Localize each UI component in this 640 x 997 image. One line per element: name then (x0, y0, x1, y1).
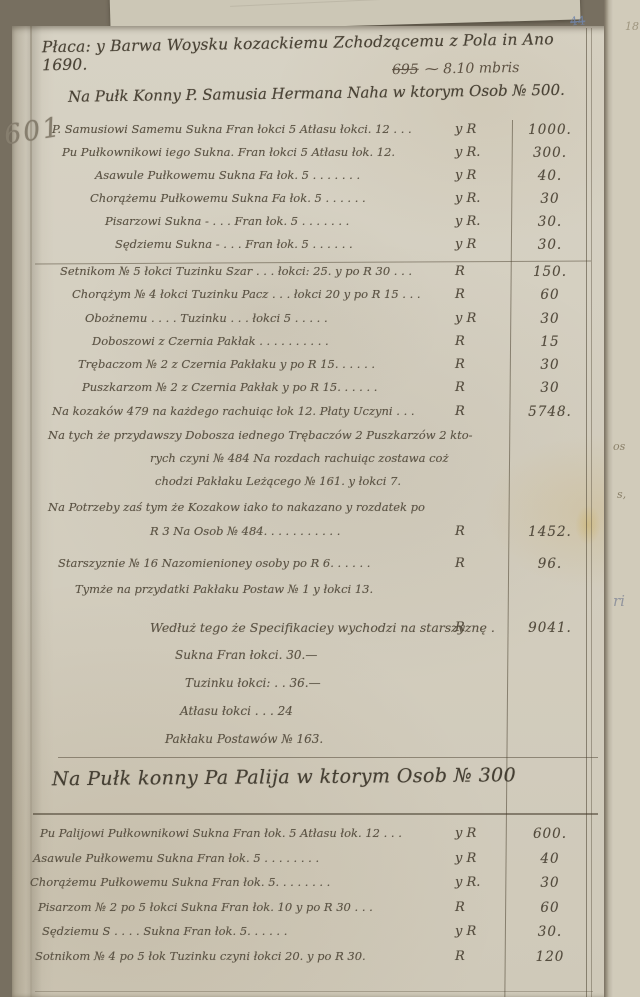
manuscript-scan: Płaca: y Barwa Woysku kozackiemu Zchodzą… (0, 0, 640, 997)
ledger-row: Sędziemu S . . . . Sukna Fran łok. 5. . … (0, 924, 640, 949)
row-text: Sędziemu S . . . . Sukna Fran łok. 5. . … (42, 924, 287, 938)
amount-value: 30 (516, 311, 584, 327)
ledger-row: R 3 Na Osob № 484. . . . . . . . . . .R1… (0, 524, 640, 548)
currency-mark: y R. (455, 145, 480, 160)
ledger-row: Pisarzom № 2 po 5 łokci Sukna Fran łok. … (0, 900, 640, 925)
row-text: Sotnikom № 4 po 5 łok Tuzinku czyni łokc… (35, 949, 366, 963)
bottom-rule (35, 991, 593, 992)
ledger-row: P. Samusiowi Samemu Sukna Fran łokci 5 A… (0, 122, 640, 145)
amount-value: 40 (516, 851, 584, 867)
edge-fragment: ri (613, 592, 625, 610)
blue-folio-number: 44 (570, 13, 586, 28)
row-text: Pisarzowi Sukna - . . . Fran łok. 5 . . … (105, 214, 349, 228)
summary-line: Tuzinku łokci: . . 36.— (0, 676, 640, 704)
summary-text: Atłasu łokci . . . 24 (180, 704, 293, 718)
currency-mark: y R (455, 924, 476, 939)
section3-rows: Pu Palijowi Pułkownikowi Sukna Fran łok.… (0, 826, 640, 973)
row-text: Pisarzom № 2 po 5 łokci Sukna Fran łok. … (38, 900, 373, 914)
amount-value: 30 (516, 191, 584, 207)
amount-value: 30. (516, 214, 584, 230)
currency-mark: y R (455, 311, 476, 326)
summary-line: Pakłaku Postawów № 163. (0, 732, 640, 760)
amount-value: 30 (516, 875, 584, 891)
amount-value: 60 (516, 900, 584, 916)
section1-rows: P. Samusiowi Samemu Sukna Fran łokci 5 A… (0, 122, 640, 260)
note-line: chodzi Pakłaku Leżącego № 161. y łokci 7… (0, 474, 640, 497)
currency-mark: R (455, 380, 465, 395)
currency-mark: R (455, 357, 465, 372)
ledger-row: Pu Palijowi Pułkownikowi Sukna Fran łok.… (0, 826, 640, 851)
ledger-row: Chorążemu Pułkowemu Sukna Fa łok. 5 . . … (0, 191, 640, 214)
row-text: P. Samusiowi Samemu Sukna Fran łokci 5 A… (52, 122, 412, 136)
section2-rows: Setnikom № 5 łokci Tuzinku Szar . . . ło… (0, 264, 640, 427)
note-line: Na Potrzeby zaś tym że Kozakow iako to n… (0, 500, 640, 524)
ledger-row: Setnikom № 5 łokci Tuzinku Szar . . . ło… (0, 264, 640, 287)
row-text: Na kozaków 479 na każdego rachuiąc łok 1… (52, 404, 415, 418)
currency-mark: y R (455, 826, 476, 841)
row-text: Sędziemu Sukna - . . . Fran łok. 5 . . .… (115, 237, 353, 251)
amount-value: 300. (516, 145, 584, 161)
starszyzna-entry: Starszyznie № 16 Nazomienioney osoby po … (0, 556, 640, 579)
currency-mark: R (455, 556, 465, 571)
ledger-row: Chorążym № 4 łokci Tuzinku Pacz . . . ło… (0, 287, 640, 310)
currency-mark: R (455, 404, 465, 419)
section-divider-3 (33, 813, 598, 815)
amount-value: 30 (516, 380, 584, 396)
edge-fragment: os (613, 440, 625, 453)
ledger-row: Asawule Pułkowemu Sukna Fa łok. 5 . . . … (0, 168, 640, 191)
currency-mark: y R (455, 237, 476, 252)
row-text: Pu Palijowi Pułkownikowi Sukna Fran łok.… (40, 826, 402, 840)
row-text: Chorążym № 4 łokci Tuzinku Pacz . . . ło… (72, 287, 421, 301)
section3-heading: Na Pułk konny Pa Palija w ktorym Osob № … (52, 764, 572, 791)
currency-mark: R (455, 334, 465, 349)
amount-value: 96. (516, 556, 584, 572)
row-text: Asawule Pułkowemu Sukna Fran łok. 5 . . … (33, 851, 319, 865)
row-text: Trębaczom № 2 z Czernia Pakłaku y po R 1… (78, 357, 375, 371)
note-text: chodzi Pakłaku Leżącego № 161. y łokci 7… (155, 474, 401, 488)
currency-mark: y R. (455, 875, 480, 890)
currency-mark: y R (455, 851, 476, 866)
row-text: Chorążemu Pułkowemu Sukna Fran łok. 5. .… (30, 875, 330, 889)
cutoff-writing-marks (230, 0, 530, 7)
przydatki-entry: Tymże na przydatki Pakłaku Postaw № 1 y … (0, 582, 640, 605)
edge-fragment: s, (617, 488, 626, 501)
currency-mark: R (455, 900, 465, 915)
ledger-row: Sotnikom № 4 po 5 łok Tuzinku czyni łokc… (0, 949, 640, 974)
currency-mark: R (455, 264, 465, 279)
struck-sum: 695 (392, 62, 419, 78)
note-text: Tymże na przydatki Pakłaku Postaw № 1 y … (75, 582, 373, 596)
amount-value: 30 (516, 357, 584, 373)
amount-value: 150. (516, 264, 584, 280)
ledger-row: Starszyznie № 16 Nazomienioney osoby po … (0, 556, 640, 579)
summary-line: Atłasu łokci . . . 24 (0, 704, 640, 732)
ledger-row: Na kozaków 479 na każdego rachuiąc łok 1… (0, 404, 640, 427)
ledger-row: Pu Pułkownikowi iego Sukna. Fran łokci 5… (0, 145, 640, 168)
summary-block: Wedłuż tego że Specifikaciey wychodzi na… (0, 620, 640, 760)
ledger-row: Trębaczom № 2 z Czernia Pakłaku y po R 1… (0, 357, 640, 380)
row-text: Obożnemu . . . . Tuzinku . . . łokci 5 .… (85, 311, 328, 325)
note-text: rych czyni № 484 Na rozdach rachuiąc zos… (150, 451, 449, 465)
amount-value: 30. (516, 237, 584, 253)
adjacent-page-edge: 18 os s, ri (604, 0, 640, 997)
amount-value: 1452. (516, 524, 584, 540)
annotation-date: ⁓ 8.10 mbris (425, 60, 520, 78)
potrzeby-entry: Na Potrzeby zaś tym że Kozakow iako to n… (0, 500, 640, 548)
summary-line: Sukna Fran łokci. 30.— (0, 648, 640, 676)
row-text: Doboszowi z Czernia Pakłak . . . . . . .… (92, 334, 329, 348)
ledger-row: Pisarzowi Sukna - . . . Fran łok. 5 . . … (0, 214, 640, 237)
amount-value: 600. (516, 826, 584, 842)
amount-value: 30. (516, 924, 584, 940)
amount-value: 120 (516, 949, 584, 965)
currency-mark: y R. (455, 214, 480, 229)
ledger-row: Puszkarzom № 2 z Czernia Pakłak y po R 1… (0, 380, 640, 403)
ledger-row: Wedłuż tego że Specifikaciey wychodzi na… (0, 620, 640, 648)
ledger-row: Doboszowi z Czernia Pakłak . . . . . . .… (0, 334, 640, 357)
note-line: Tymże na przydatki Pakłaku Postaw № 1 y … (0, 582, 640, 605)
currency-mark: R (455, 287, 465, 302)
row-text: Chorążemu Pułkowemu Sukna Fa łok. 5 . . … (90, 191, 366, 205)
currency-mark: R (455, 949, 465, 964)
amount-value: 40. (516, 168, 584, 184)
row-text: Starszyznie № 16 Nazomienioney osoby po … (58, 556, 370, 570)
summary-text: Tuzinku łokci: . . 36.— (185, 676, 321, 690)
ledger-row: Obożnemu . . . . Tuzinku . . . łokci 5 .… (0, 311, 640, 334)
ledger-row: Asawule Pułkowemu Sukna Fran łok. 5 . . … (0, 851, 640, 876)
currency-mark: y R (455, 122, 476, 137)
amount-value: 9041. (516, 620, 584, 636)
note-block: Na tych że przydawszy Dobosza iednego Tr… (0, 428, 640, 497)
currency-mark: y R (455, 168, 476, 183)
row-text: Setnikom № 5 łokci Tuzinku Szar . . . ło… (60, 264, 412, 278)
note-line: Na tych że przydawszy Dobosza iednego Tr… (0, 428, 640, 451)
note-text: Na Potrzeby zaś tym że Kozakow iako to n… (48, 500, 425, 514)
note-line: rych czyni № 484 Na rozdach rachuiąc zos… (0, 451, 640, 474)
summary-text: Sukna Fran łokci. 30.— (175, 648, 317, 662)
amount-value: 15 (516, 334, 584, 350)
summary-text: Pakłaku Postawów № 163. (165, 732, 323, 746)
row-text: Puszkarzom № 2 z Czernia Pakłak y po R 1… (82, 380, 377, 394)
amount-value: 60 (516, 287, 584, 303)
row-text: Wedłuż tego że Specifikaciey wychodzi na… (150, 620, 495, 635)
note-text: Na tych że przydawszy Dobosza iednego Tr… (48, 428, 473, 442)
row-text: Pu Pułkownikowi iego Sukna. Fran łokci 5… (62, 145, 395, 159)
currency-mark: R (455, 524, 465, 539)
ledger-row: Sędziemu Sukna - . . . Fran łok. 5 . . .… (0, 237, 640, 260)
amount-value: 5748. (516, 404, 584, 420)
edge-fragment: 18 (625, 20, 639, 33)
amount-value: 1000. (516, 122, 584, 138)
currency-mark: y R. (455, 191, 480, 206)
row-text: R 3 Na Osob № 484. . . . . . . . . . . (150, 524, 340, 538)
ledger-row: Chorążemu Pułkowemu Sukna Fran łok. 5. .… (0, 875, 640, 900)
row-text: Asawule Pułkowemu Sukna Fa łok. 5 . . . … (95, 168, 360, 182)
currency-mark: R (455, 620, 465, 635)
